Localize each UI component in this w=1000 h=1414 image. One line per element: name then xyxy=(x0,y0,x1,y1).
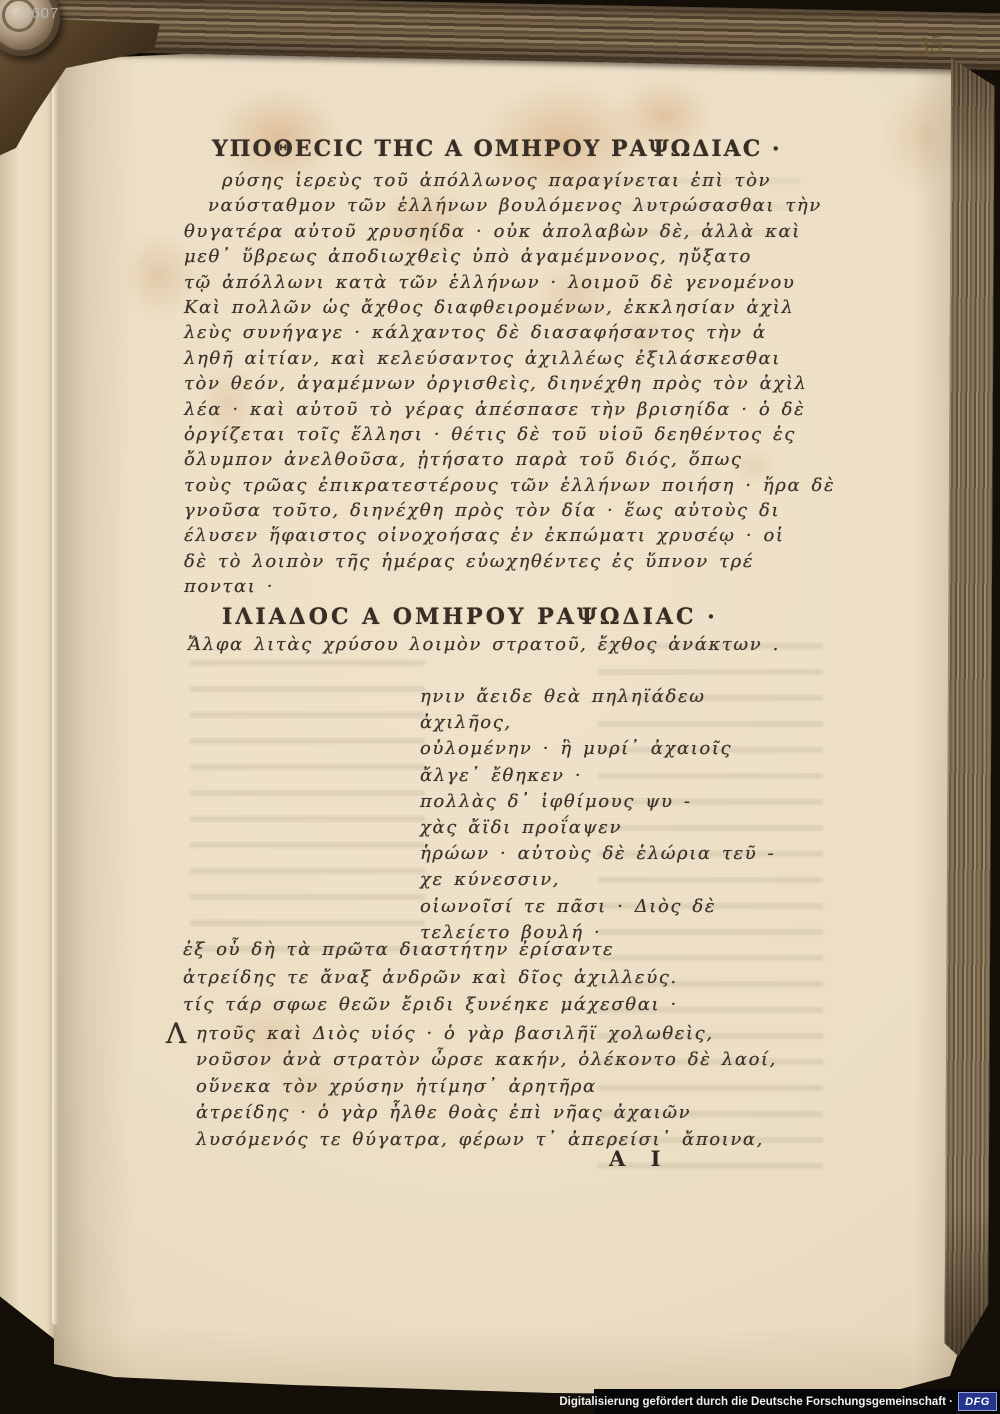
book-scan: ΥΠΟΘΕCΙC ΤΗC Α ΟΜΗΡΟΥ ΡΑΨΩΔΙΑC · ρύσης ἱ… xyxy=(0,0,1000,1414)
verse-line: ἀχιλῆος, xyxy=(420,710,775,736)
opening-line: ἀτρείδης · ὁ γὰρ ἦλθε θοὰς ἐπὶ νῆας ἀχαι… xyxy=(196,1100,777,1126)
opening-line: οὕνεκα τὸν χρύσην ἠτίμησ᾽ ἀρητῆρα xyxy=(196,1074,777,1100)
hypothesis-line: θυγατέρα αὐτοῦ χρυσηίδα · οὐκ ἀπολαβὼν δ… xyxy=(184,219,835,244)
hypothesis-line: δὲ τὸ λοιπὸν τῆς ἡμέρας εὐωχηθέντες ἐς ὕ… xyxy=(184,549,835,574)
iliad-heading: ΙΛΙΑΔΟC Α ΟΜΗΡΟΥ ΡΑΨΩΔΙΑC · xyxy=(222,604,718,630)
hypothesis-line: τοὺς τρῶας ἐπικρατεστέρους τῶν ἑλλήνων π… xyxy=(184,473,835,498)
monostich-line: Ἄλφα λιτὰς χρύσου λοιμὸν στρατοῦ, ἔχθος … xyxy=(188,634,780,655)
verse-line: πολλὰς δ᾽ ἰφθίμους ψυ - xyxy=(420,789,775,815)
hypothesis-line: τῷ ἀπόλλωνι κατὰ τῶν ἑλλήνων · λοιμοῦ δὲ… xyxy=(184,270,835,295)
dfg-footer-text: Digitalisierung gefördert durch die Deut… xyxy=(559,1396,953,1408)
verse-line: ἡρώων · αὐτοὺς δὲ ἑλώρια τεῦ - xyxy=(420,841,775,867)
opening-line: λυσόμενός τε θύγατρα, φέρων τ᾽ ἀπερείσι᾽… xyxy=(196,1127,777,1153)
folio-number: 35 xyxy=(914,32,946,61)
verse-line: οἰωνοῖσί τε πᾶσι · Διὸς δὲ xyxy=(420,894,775,920)
verse-line: οὐλομένην · ἣ μυρί᾽ ἀχαιοῖς xyxy=(420,736,775,762)
book-fore-edge xyxy=(944,58,995,1356)
proem-line: ἐξ οὗ δὴ τὰ πρῶτα διαστήτην ἐρίσαντε xyxy=(183,936,678,964)
hypothesis-line: ληθῆ αἰτίαν, καὶ κελεύσαντος ἀχιλλέως ἐξ… xyxy=(184,346,835,371)
hypothesis-line: τὸν θεόν, ἀγαμέμνων ὀργισθεὶς, διηνέχθη … xyxy=(184,371,835,396)
opening-line: ητοῦς καὶ Διὸς υἱός · ὁ γὰρ βασιλῆϊ χολω… xyxy=(196,1021,777,1047)
hypothesis-line: γνοῦσα τοῦτο, διηνέχθη πρὸς τὸν δία · ἕω… xyxy=(184,498,835,523)
hypothesis-line: ὀργίζεται τοῖς ἕλλησι · θέτις δὲ τοῦ υἱο… xyxy=(184,422,835,447)
hypothesis-line: ναύσταθμον τῶν ἑλλήνων βουλόμενος λυτρώσ… xyxy=(184,193,835,218)
hypothesis-line: πονται · xyxy=(184,574,835,599)
gutter-leaf-edge xyxy=(0,42,58,1342)
hypothesis-line: έλυσεν ἥφαιστος οἰνοχοήσας ἐν ἐκπώματι χ… xyxy=(184,523,835,548)
proem-line: τίς τάρ σφωε θεῶν ἔριδι ξυνέηκε μάχεσθαι… xyxy=(183,991,678,1019)
hypothesis-line: Καὶ πολλῶν ὡς ἄχθος διαφθειρομένων, ἐκκλ… xyxy=(184,295,835,320)
drop-initial: Λ xyxy=(166,1017,186,1050)
hypothesis-paragraph: ρύσης ἱερεὺς τοῦ ἀπόλλωνος παραγίνεται ἐ… xyxy=(184,168,835,600)
proem-line: ἀτρείδης τε ἄναξ ἀνδρῶν καὶ δῖος ἀχιλλεύ… xyxy=(183,964,678,992)
page-curl-highlight xyxy=(52,70,59,1325)
hypothesis-line: ὄλυμπον ἀνελθοῦσα, ᾐτήσατο παρὰ τοῦ διός… xyxy=(184,447,835,472)
verse-line: χε κύνεσσιν, xyxy=(420,867,775,893)
hypothesis-line: λέα · καὶ αὐτοῦ τὸ γέρας ἀπέσπασε τὴν βρ… xyxy=(184,397,835,422)
dfg-logo: DFG xyxy=(958,1392,997,1411)
hypothesis-line: μεθ᾽ ὕβρεως ἀποδιωχθεὶς ὑπὸ ἀγαμέμνονος,… xyxy=(184,244,835,269)
quire-signature: A I xyxy=(609,1146,669,1171)
verse-line: ηνιν ἄειδε θεὰ πηληϊάδεω xyxy=(420,684,775,710)
proem-indented-block: ηνιν ἄειδε θεὰ πηληϊάδεω ἀχιλῆος, οὐλομέ… xyxy=(420,684,775,946)
hypothesis-line: λεὺς συνήγαγε · κάλχαντος δὲ διασαφήσαντ… xyxy=(184,320,835,345)
digitization-watermark: 0607 xyxy=(22,5,59,22)
opening-line: νοῦσον ἀνὰ στρατὸν ὦρσε κακήν, ὀλέκοντο … xyxy=(196,1047,777,1073)
hypothesis-heading: ΥΠΟΘΕCΙC ΤΗC Α ΟΜΗΡΟΥ ΡΑΨΩΔΙΑC · xyxy=(212,136,782,162)
dfg-footer-bar: Digitalisierung gefördert durch die Deut… xyxy=(594,1389,1000,1414)
proem-full-width-block: ἐξ οὗ δὴ τὰ πρῶτα διαστήτην ἐρίσαντε ἀτρ… xyxy=(183,936,678,1019)
book-opening-block: ητοῦς καὶ Διὸς υἱός · ὁ γὰρ βασιλῆϊ χολω… xyxy=(196,1021,777,1153)
verse-line: ἄλγε᾽ ἔθηκεν · xyxy=(420,763,775,789)
hypothesis-line: ρύσης ἱερεὺς τοῦ ἀπόλλωνος παραγίνεται ἐ… xyxy=(184,168,835,193)
verse-line: χὰς ἄϊδι προΐαψεν xyxy=(420,815,775,841)
